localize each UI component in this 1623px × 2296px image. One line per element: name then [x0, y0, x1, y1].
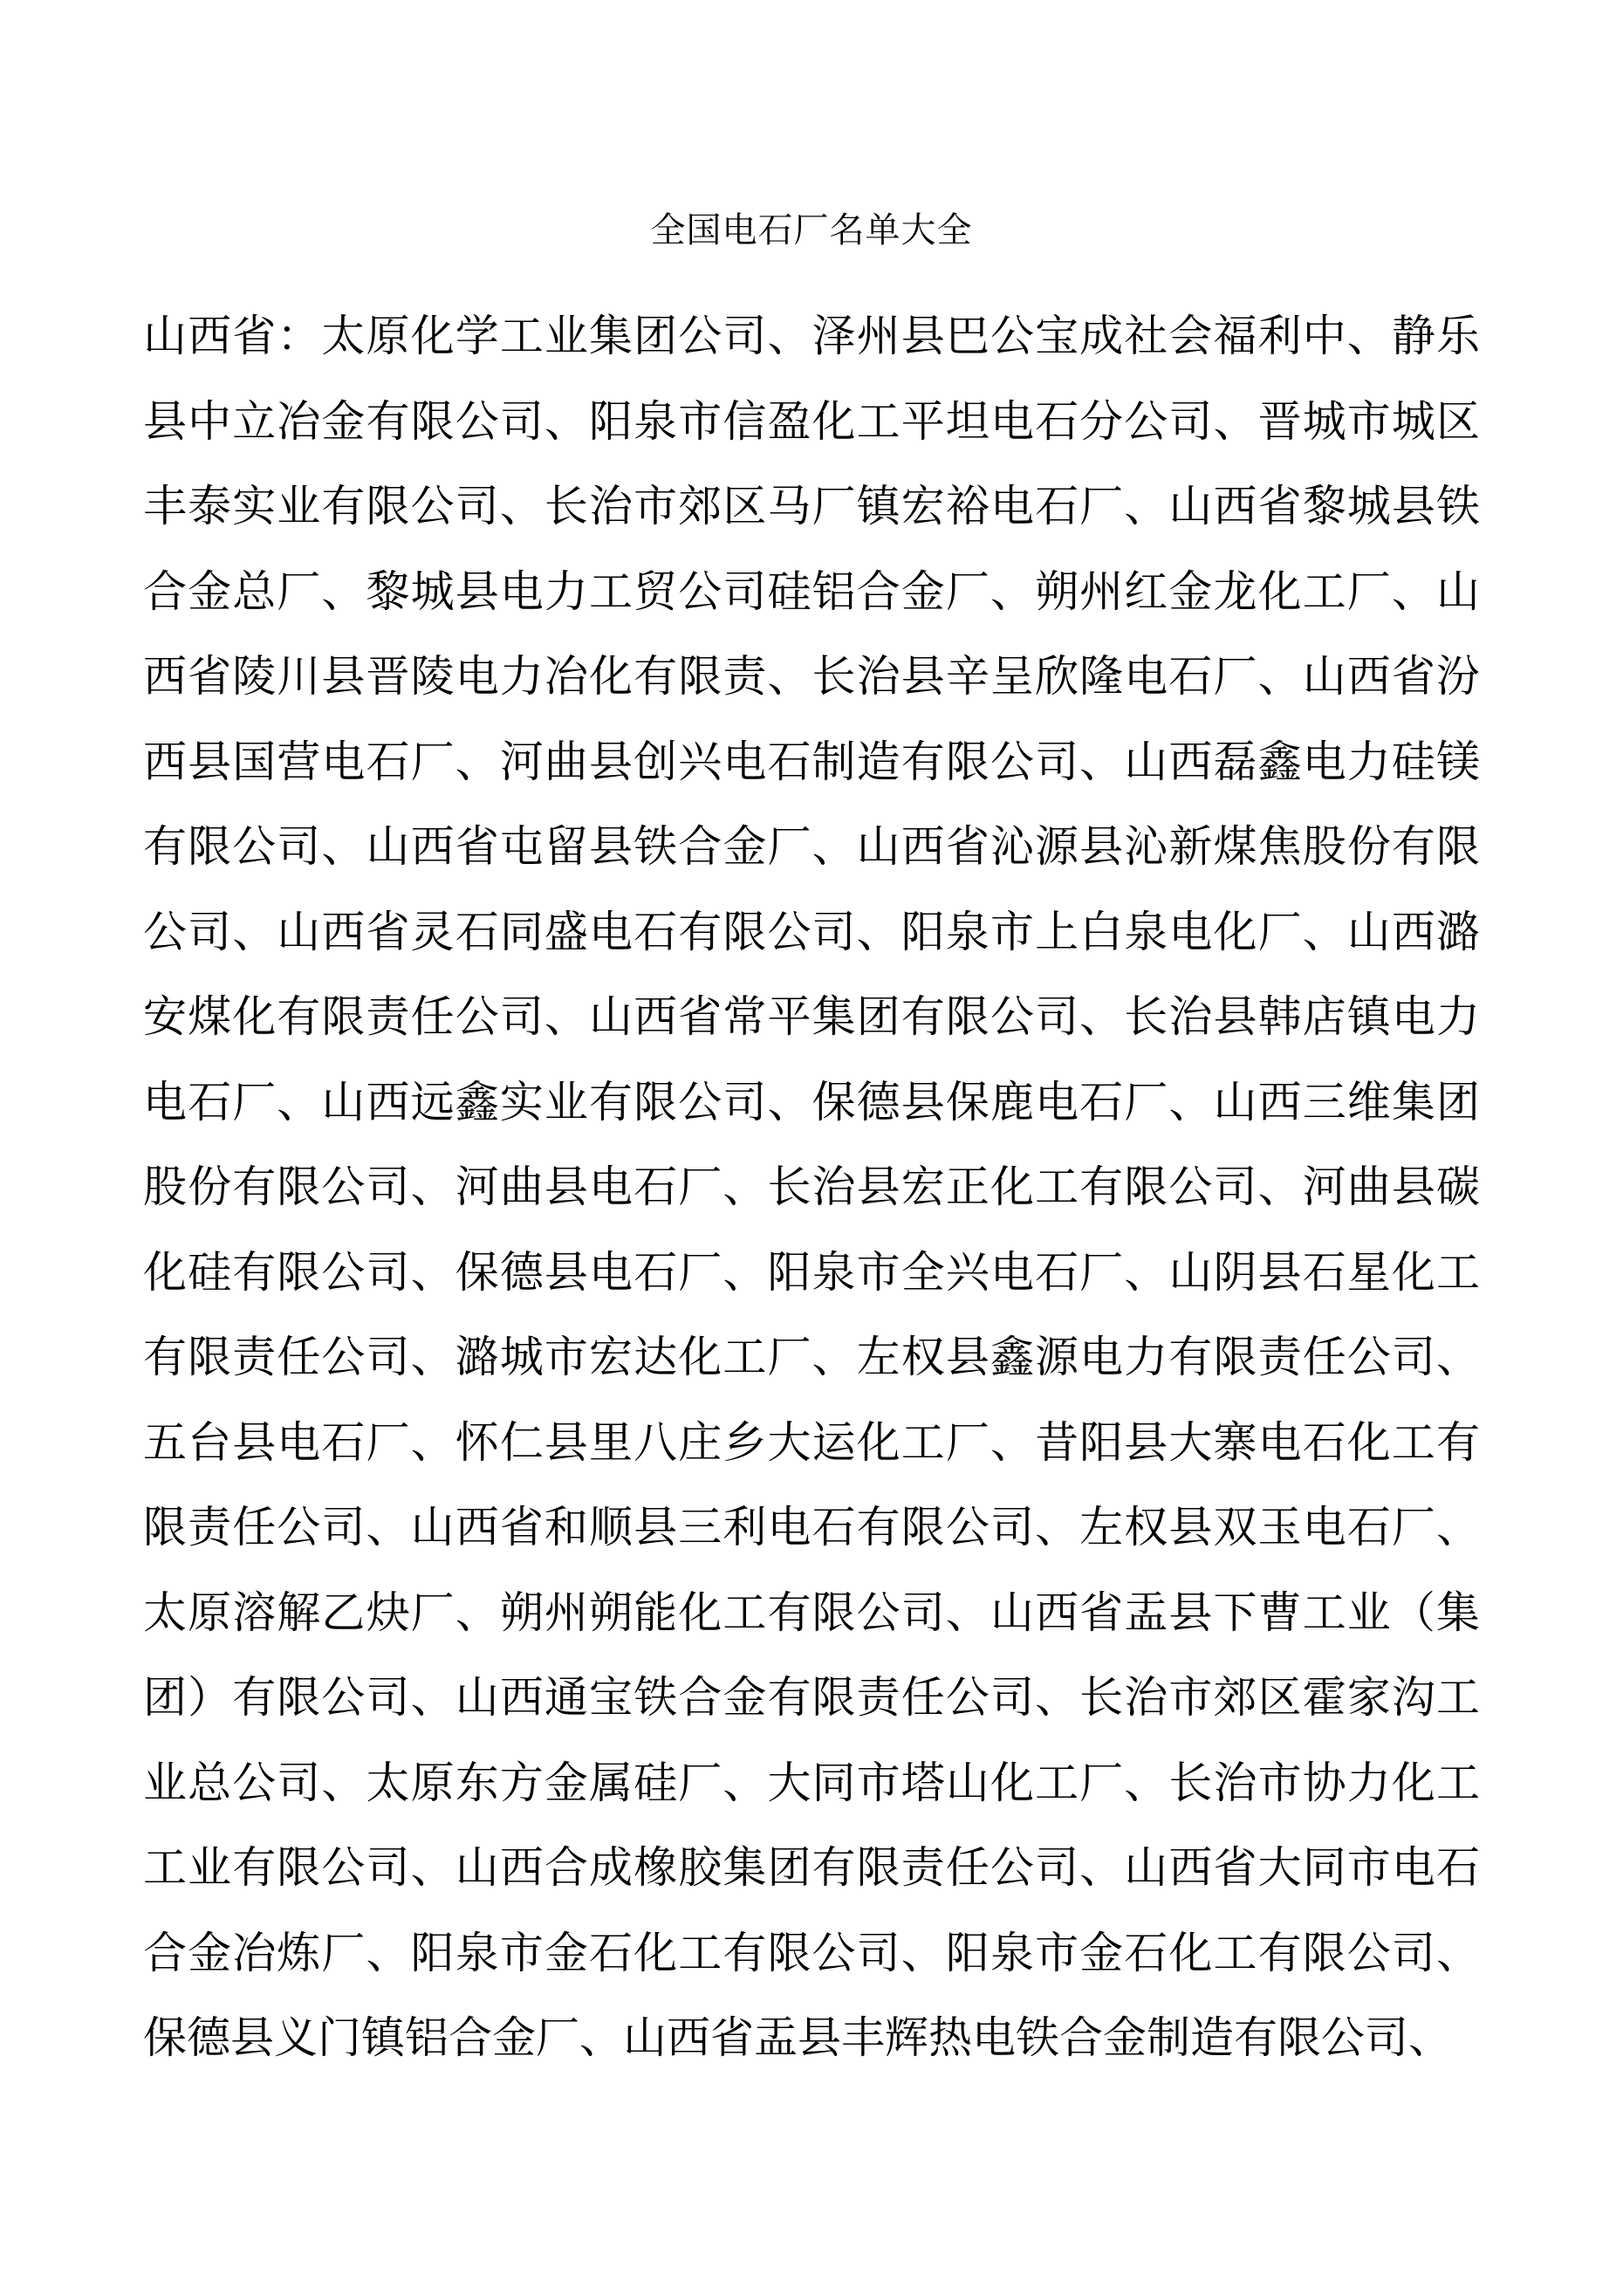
text-line: 西县国营电石厂、河曲县创兴电石制造有限公司、山西磊鑫电力硅镁: [143, 720, 1480, 805]
document-content: 全国电石厂名单大全 山西省：太原化学工业集团公司、泽州县巴公宝成社会福利中、静乐…: [0, 0, 1623, 2081]
text-line: 五台县电石厂、怀仁县里八庄乡大运化工厂、昔阳县大寨电石化工有: [143, 1401, 1480, 1486]
text-line: 电石厂、山西远鑫实业有限公司、保德县保鹿电石厂、山西三维集团: [143, 1060, 1480, 1146]
text-line: 公司、山西省灵石同盛电石有限公司、阳泉市上白泉电化厂、山西潞: [143, 890, 1480, 976]
text-line: 化硅有限公司、保德县电石厂、阳泉市全兴电石厂、山阴县石星化工: [143, 1230, 1480, 1316]
text-line: 西省陵川县晋陵电力冶化有限责、长治县辛呈欣隆电石厂、山西省汾: [143, 634, 1480, 720]
text-line: 合金冶炼厂、阳泉市金石化工有限公司、阳泉市金石化工有限公司、: [143, 1911, 1480, 1997]
text-line: 团）有限公司、山西通宝铁合金有限责任公司、长治市郊区霍家沟工: [143, 1655, 1480, 1741]
text-line: 工业有限公司、山西合成橡胶集团有限责任公司、山西省大同市电石: [143, 1826, 1480, 1911]
text-line: 股份有限公司、河曲县电石厂、长治县宏正化工有限公司、河曲县碳: [143, 1145, 1480, 1230]
text-line: 丰泰实业有限公司、长治市郊区马厂镇宏裕电石厂、山西省黎城县铁: [143, 464, 1480, 550]
document-page: 全国电石厂名单大全 山西省：太原化学工业集团公司、泽州县巴公宝成社会福利中、静乐…: [0, 0, 1623, 2296]
text-line: 县中立冶金有限公司、阳泉市信盈化工平坦电石分公司、晋城市城区: [143, 380, 1480, 465]
text-line: 保德县义门镇铝合金厂、山西省盂县丰辉热电铁合金制造有限公司、: [143, 1996, 1480, 2081]
text-line: 山西省：太原化学工业集团公司、泽州县巴公宝成社会福利中、静乐: [143, 294, 1480, 380]
text-line: 合金总厂、黎城县电力工贸公司硅铝合金厂、朔州红金龙化工厂、山: [143, 550, 1480, 635]
text-line: 安煤化有限责任公司、山西省常平集团有限公司、长治县韩店镇电力: [143, 975, 1480, 1060]
text-line: 有限公司、山西省屯留县铁合金厂、山西省沁源县沁新煤焦股份有限: [143, 805, 1480, 890]
text-line: 业总公司、太原东方金属硅厂、大同市塔山化工厂、长治市协力化工: [143, 1741, 1480, 1827]
text-line: 有限责任公司、潞城市宏达化工厂、左权县鑫源电力有限责任公司、: [143, 1315, 1480, 1401]
text-line: 太原溶解乙炔厂、朔州朔能化工有限公司、山西省盂县下曹工业（集: [143, 1571, 1480, 1656]
text-line: 限责任公司、山西省和顺县三利电石有限公司、左权县双玉电石厂、: [143, 1485, 1480, 1571]
body-paragraph: 山西省：太原化学工业集团公司、泽州县巴公宝成社会福利中、静乐县中立冶金有限公司、…: [143, 294, 1480, 2081]
document-title: 全国电石厂名单大全: [143, 0, 1480, 273]
